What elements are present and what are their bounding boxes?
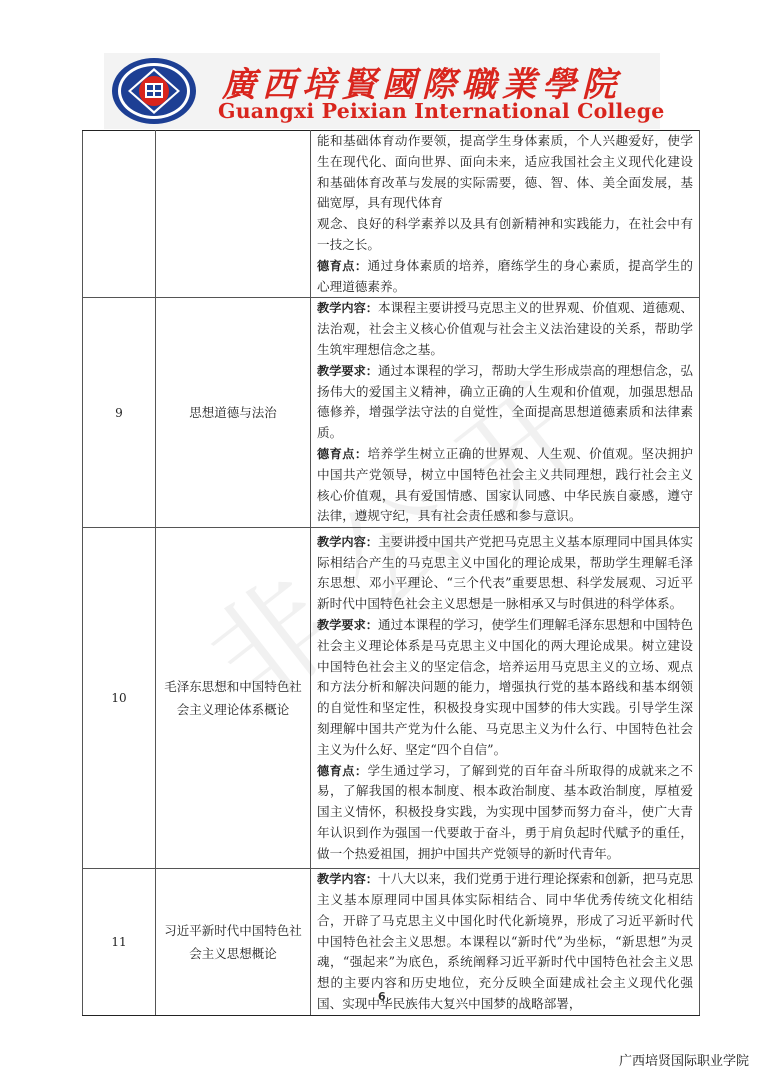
course-number-cell: 9 (83, 298, 156, 528)
course-description-cell: 教学内容：主要讲授中国共产党把马克思主义基本原理同中国具体实际相结合产生的马克思… (311, 528, 700, 869)
paragraph-label: 德育点： (317, 447, 368, 461)
table-row: 10 毛泽东思想和中国特色社会主义理论体系概论 教学内容：主要讲授中国共产党把马… (83, 528, 700, 869)
course-name-cell: 思想道德与法治 (156, 298, 311, 528)
moral-education-paragraph: 德育点：培养学生树立正确的世界观、人生观、价值观。坚决拥护中国共产党领导，树立中… (317, 444, 693, 527)
footer-college-name: 广西培贤国际职业学院 (619, 1050, 749, 1069)
course-number-cell (83, 131, 156, 298)
table-row: 11 习近平新时代中国特色社会主义思想概论 教学内容：十八大以来，我们党勇于进行… (83, 869, 700, 1016)
page-number: 6 (378, 990, 386, 1003)
table-row: 能和基础体育动作要领，提高学生身体素质，个人兴趣爱好，使学生在现代化、面向世界、… (83, 131, 700, 298)
moral-education-paragraph: 德育点：学生通过学习，了解到党的百年奋斗所取得的成就来之不易，了解我国的根本制度… (317, 761, 693, 865)
paragraph-label: 德育点： (317, 259, 368, 273)
course-description-cell: 能和基础体育动作要领，提高学生身体素质，个人兴趣爱好，使学生在现代化、面向世界、… (311, 131, 700, 298)
college-name-english: Guangxi Peixian International College (218, 99, 665, 123)
college-logo-icon (110, 56, 198, 126)
paragraph-label: 德育点： (317, 764, 368, 778)
course-description-cell: 教学内容：本课程主要讲授马克思主义的世界观、价值观、道德观、法治观，社会主义核心… (311, 298, 700, 528)
college-header-banner: 廣西培賢國際職業學院 Guangxi Peixian International… (104, 53, 660, 129)
description-paragraph: 能和基础体育动作要领，提高学生身体素质，个人兴趣爱好，使学生在现代化、面向世界、… (317, 131, 693, 214)
paragraph-label: 教学内容： (317, 301, 378, 315)
teaching-requirement-paragraph: 教学要求：通过本课程的学习，使学生们理解毛泽东思想和中国特色社会主义理论体系是马… (317, 615, 693, 761)
course-description-cell: 教学内容：十八大以来，我们党勇于进行理论探索和创新，把马克思主义基本原理同中国具… (311, 869, 700, 1016)
moral-education-paragraph: 德育点：通过身体素质的培养，磨练学生的身心素质，提高学生的心理道德素养。 (317, 256, 693, 298)
paragraph-label: 教学要求： (317, 618, 378, 632)
teaching-content-paragraph: 教学内容：本课程主要讲授马克思主义的世界观、价值观、道德观、法治观，社会主义核心… (317, 298, 693, 360)
paragraph-label: 教学要求： (317, 364, 378, 378)
course-number-cell: 11 (83, 869, 156, 1016)
teaching-content-paragraph: 教学内容：主要讲授中国共产党把马克思主义基本原理同中国具体实际相结合产生的马克思… (317, 532, 693, 615)
course-name-cell: 毛泽东思想和中国特色社会主义理论体系概论 (156, 528, 311, 869)
paragraph-label: 教学内容： (317, 872, 378, 886)
paragraph-label: 教学内容： (317, 535, 378, 549)
course-table-container: 能和基础体育动作要领，提高学生身体素质，个人兴趣爱好，使学生在现代化、面向世界、… (82, 130, 668, 1016)
course-table: 能和基础体育动作要领，提高学生身体素质，个人兴趣爱好，使学生在现代化、面向世界、… (82, 130, 700, 1016)
description-paragraph: 观念、良好的科学素养以及具有创新精神和实践能力，在社会中有一技之长。 (317, 214, 693, 256)
table-row: 9 思想道德与法治 教学内容：本课程主要讲授马克思主义的世界观、价值观、道德观、… (83, 298, 700, 528)
course-number-cell: 10 (83, 528, 156, 869)
course-name-cell: 习近平新时代中国特色社会主义思想概论 (156, 869, 311, 1016)
teaching-content-paragraph: 教学内容：十八大以来，我们党勇于进行理论探索和创新，把马克思主义基本原理同中国具… (317, 869, 693, 1015)
teaching-requirement-paragraph: 教学要求：通过本课程的学习，帮助大学生形成崇高的理想信念，弘扬伟大的爱国主义精神… (317, 361, 693, 444)
course-name-cell (156, 131, 311, 298)
